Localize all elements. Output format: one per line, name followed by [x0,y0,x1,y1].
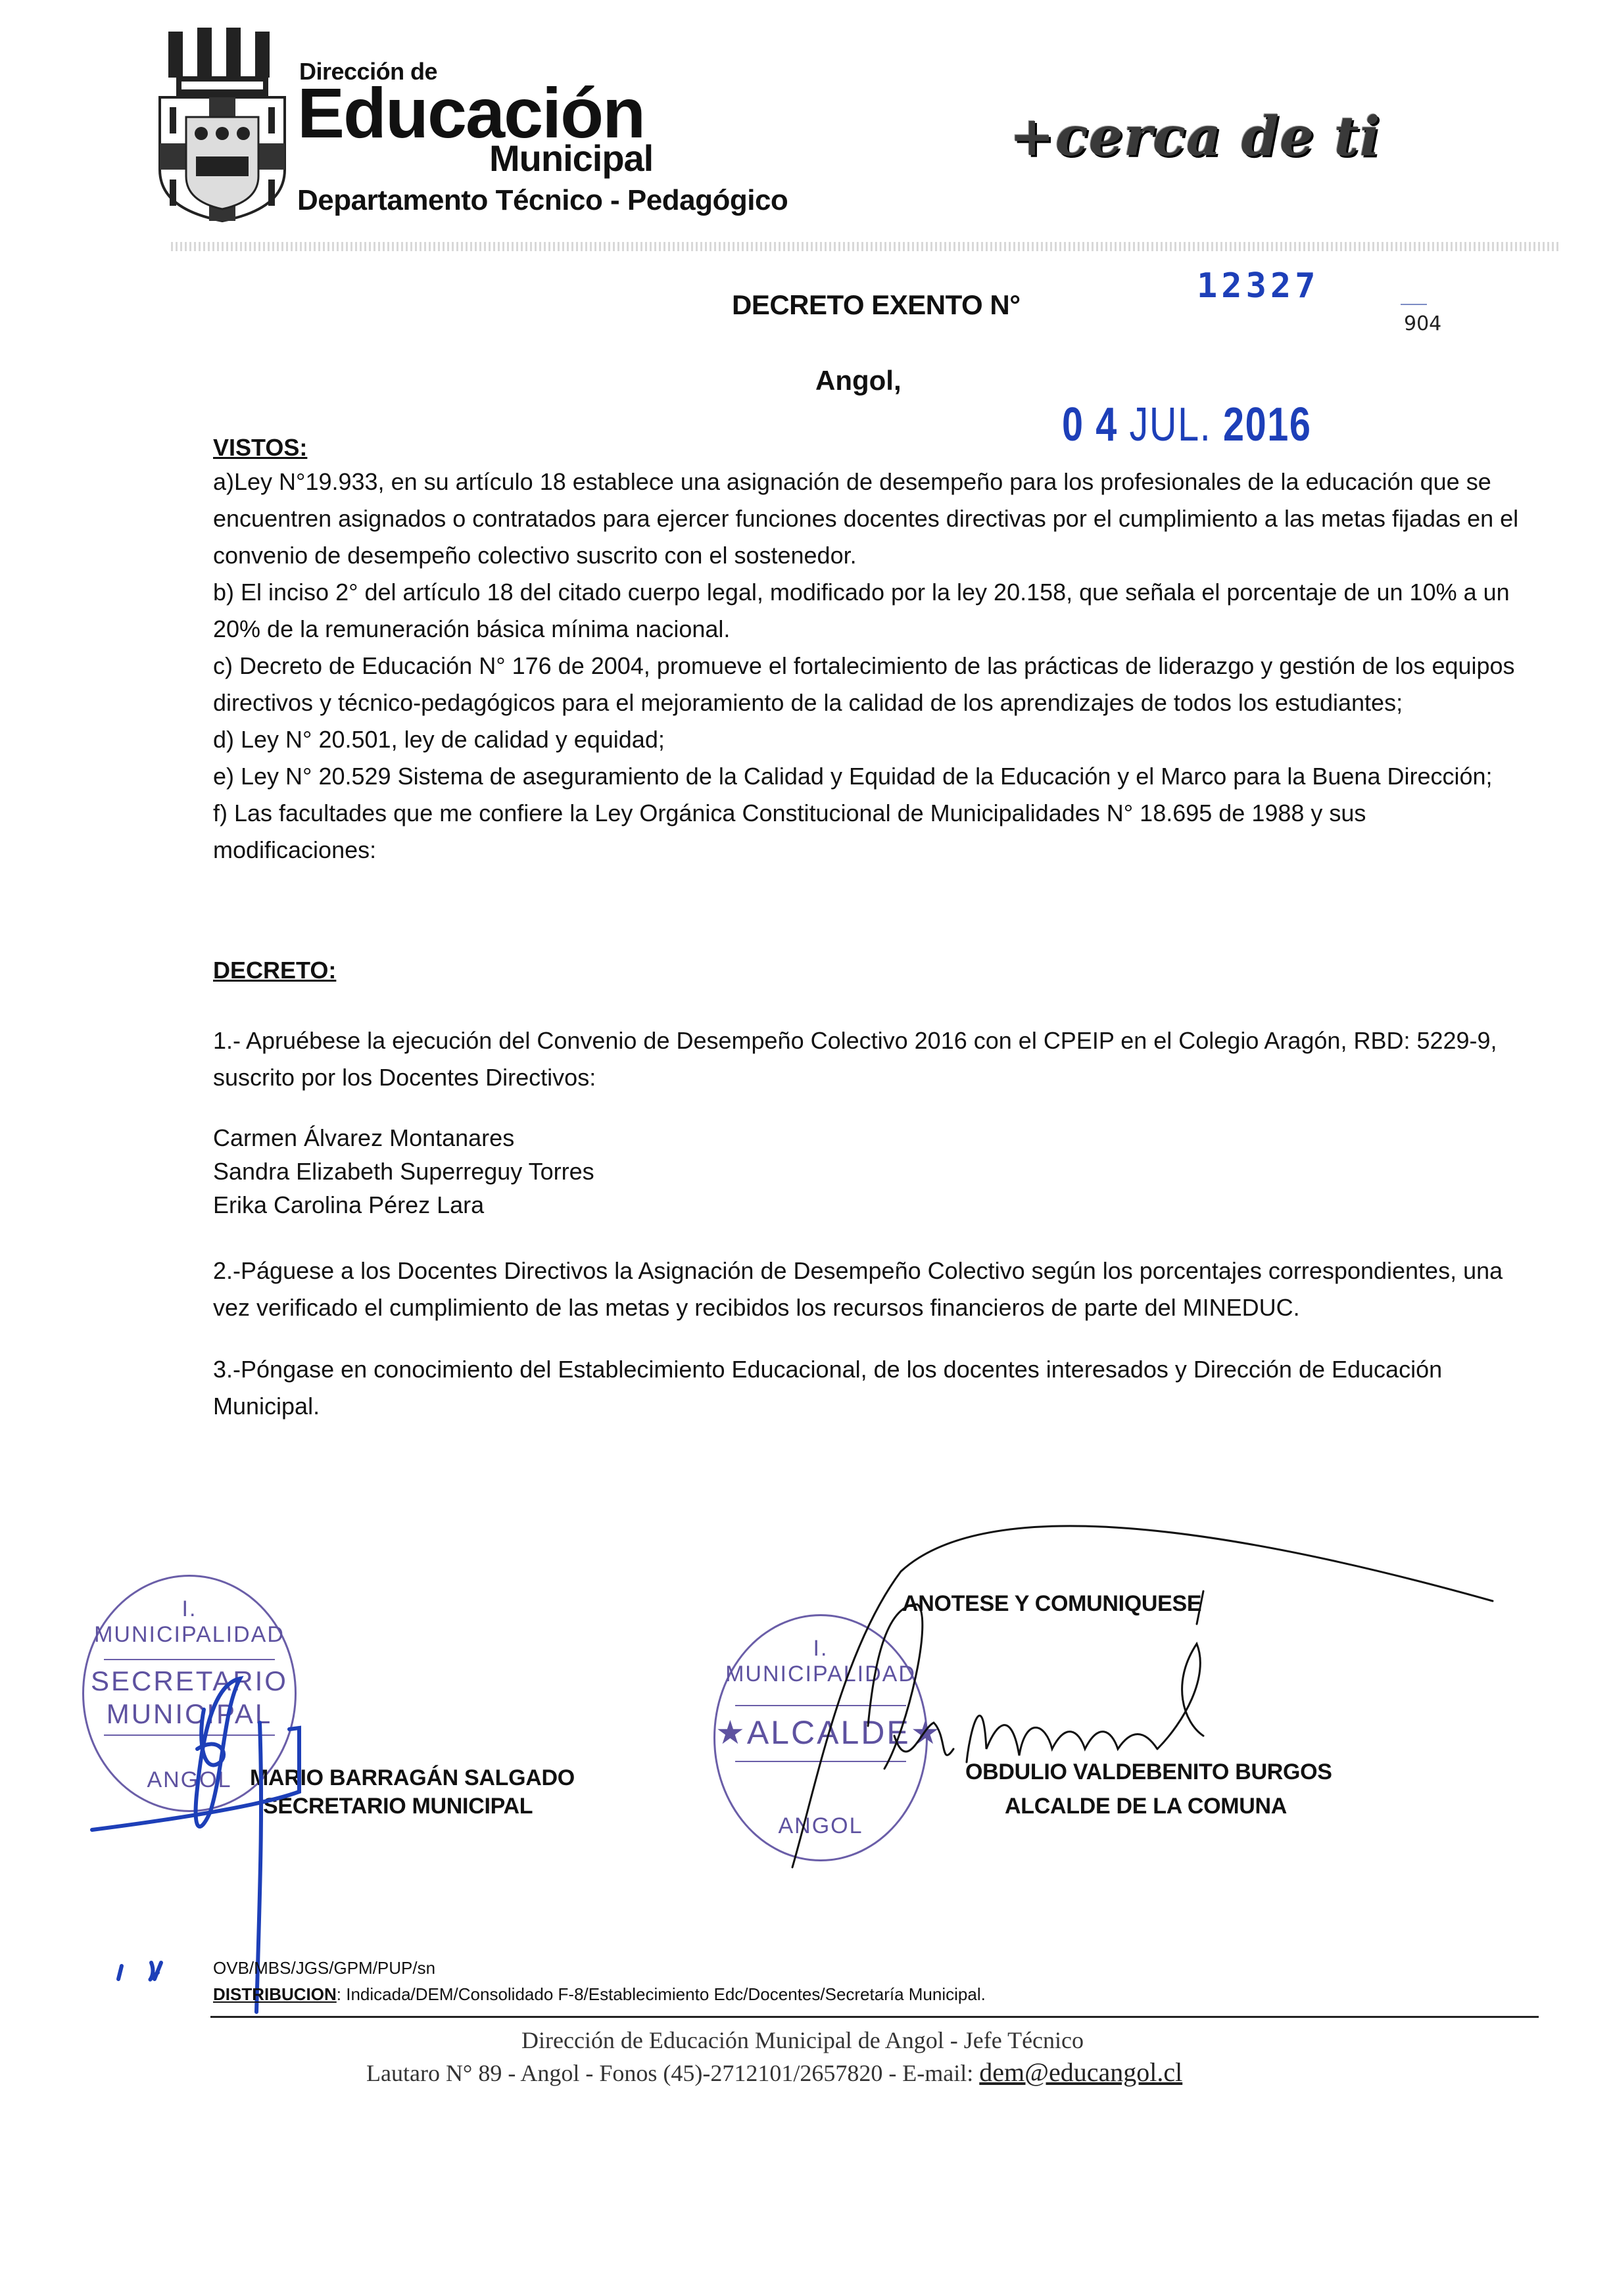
closing-formula: ANOTESE Y COMUNIQUESE [902,1591,1201,1617]
date-stamp-year: 2016 [1223,398,1312,451]
footer-office: Dirección de Educación Municipal de Ango… [521,2026,1084,2054]
article-2: 2.-Páguese a los Docentes Directivos la … [213,1253,1528,1326]
visto-item-d: d) Ley N° 20.501, ley de calidad y equid… [213,721,1528,758]
handwritten-mark [1401,304,1427,305]
initials: OVB/MBS/JGS/GPM/PUP/sn [213,1958,435,1978]
footer-contact: Lautaro N° 89 - Angol - Fonos (45)-27121… [366,2057,1182,2088]
header-municipal-label: Municipal [489,137,653,179]
seal-rule [735,1761,906,1762]
visto-item-f: f) Las facultades que me confiere la Ley… [213,795,1528,869]
seal-rule [104,1659,275,1660]
distribution: DISTRIBUCION: Indicada/DEM/Consolidado F… [213,1984,986,2005]
seal-top-text: I. MUNICIPALIDAD [715,1636,926,1687]
signatories-list: Carmen Álvarez Montanares Sandra Elizabe… [213,1121,1528,1222]
article-3: 3.-Póngase en conocimiento del Estableci… [213,1351,1528,1425]
seal-bottom-text: ANGOL [715,1813,926,1839]
coat-of-arms-icon [156,25,288,222]
date-stamp: 0 4 JUL. 2016 [1062,398,1311,452]
decreto-heading: DECRETO: [213,957,336,984]
date-stamp-month: JUL. [1129,398,1211,451]
vistos-heading: VISTOS: [213,434,307,462]
city-label: Angol, [815,365,902,396]
distribution-value: : Indicada/DEM/Consolidado F-8/Estableci… [337,1984,986,2004]
visto-item-a: a)Ley N°19.933, en su artículo 18 establ… [213,464,1528,574]
vistos-list: a)Ley N°19.933, en su artículo 18 establ… [213,464,1528,869]
decree-number-stamp: 12327 [1197,266,1320,306]
signatory-name: Carmen Álvarez Montanares [213,1121,1528,1155]
seal-center-text: SECRETARIO [84,1665,295,1697]
signatory-name: Sandra Elizabeth Superreguy Torres [213,1155,1528,1188]
seal-center-text: MUNICIPAL [84,1698,295,1730]
visto-item-b: b) El inciso 2° del artículo 18 del cita… [213,574,1528,648]
visto-item-c: c) Decreto de Educación N° 176 de 2004, … [213,648,1528,721]
decree-title: DECRETO EXENTO N° [732,289,1021,321]
footer-divider [210,2016,1539,2018]
seal-rule [735,1705,906,1706]
seal-center-text: ★ALCALDE★ [715,1713,926,1752]
footer-email-link[interactable]: dem@educangol.cl [979,2057,1182,2087]
mayor-role: ALCALDE DE LA COMUNA [1005,1794,1287,1819]
visto-item-e: e) Ley N° 20.529 Sistema de aseguramient… [213,758,1528,795]
seal-top-text: I. MUNICIPALIDAD [84,1596,295,1648]
header-divider [171,242,1558,251]
mayor-name: OBDULIO VALDEBENITO BURGOS [965,1759,1332,1785]
slogan: +cerca de ti [1009,105,1381,168]
secretary-name: MARIO BARRAGÁN SALGADO [250,1765,575,1791]
mayor-seal: I. MUNICIPALIDAD ★ALCALDE★ ANGOL [713,1614,928,1861]
signatory-name: Erika Carolina Pérez Lara [213,1188,1528,1222]
seal-rule [104,1734,275,1736]
article-1: 1.- Apruébese la ejecución del Convenio … [213,1022,1528,1096]
header-department: Departamento Técnico - Pedagógico [297,184,788,217]
footer-address: Lautaro N° 89 - Angol - Fonos (45)-27121… [366,2060,979,2086]
date-stamp-day: 0 4 [1062,398,1118,451]
handwritten-reference: 904 [1404,312,1441,335]
distribution-label: DISTRIBUCION [213,1984,337,2004]
secretary-role: SECRETARIO MUNICIPAL [263,1794,533,1819]
